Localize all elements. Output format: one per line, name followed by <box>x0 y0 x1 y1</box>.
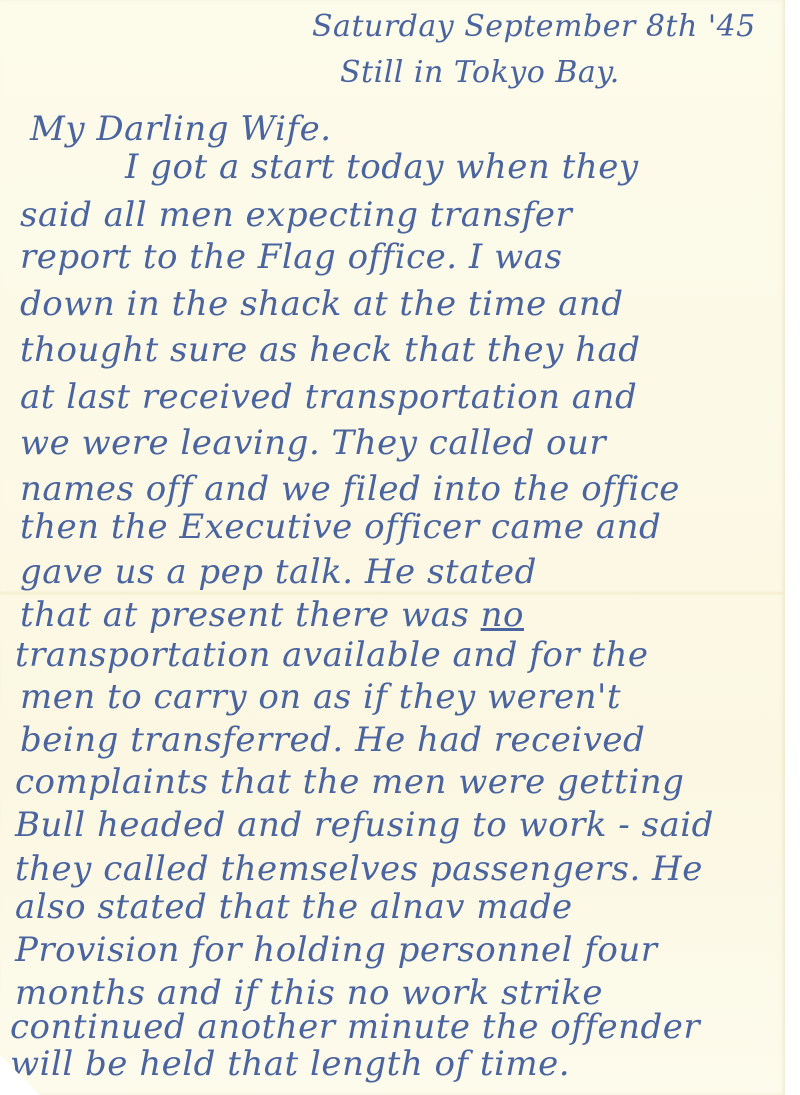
letter-line-6: at last received transportation and <box>20 380 637 414</box>
letter-line-17: they called themselves passengers. He <box>15 852 703 886</box>
folded-corner <box>0 1055 40 1095</box>
letter-line-2: said all men expecting transfer <box>20 198 572 232</box>
letter-line-16: Bull headed and refusing to work - said <box>15 808 714 842</box>
letter-line-22: will be held that length of time. <box>10 1047 570 1081</box>
letter-line-4: down in the shack at the time and <box>20 287 624 321</box>
letter-location: Still in Tokyo Bay. <box>340 58 620 88</box>
letter-line-9: then the Executive officer came and <box>20 510 661 544</box>
emphasized-word: no <box>481 595 524 635</box>
letter-line-7: we were leaving. They called our <box>20 426 606 460</box>
letter-line-5: thought sure as heck that they had <box>20 333 641 367</box>
letter-line-10: gave us a pep talk. He stated <box>20 555 537 589</box>
letter-line-20: months and if this no work strike <box>15 976 603 1010</box>
letter-line-18: also stated that the alnav made <box>15 890 573 924</box>
letter-salutation: My Darling Wife. <box>30 112 332 146</box>
letter-page: Saturday September 8th '45 Still in Toky… <box>0 0 785 1095</box>
letter-line-11: that at present there was no <box>20 598 524 632</box>
letter-line-11-text: that at present there was <box>20 595 469 635</box>
letter-line-13: men to carry on as if they weren't <box>20 680 621 714</box>
letter-line-21: continued another minute the offender <box>10 1010 700 1044</box>
letter-line-8: names off and we filed into the office <box>20 472 680 506</box>
letter-date: Saturday September 8th '45 <box>312 12 756 42</box>
letter-line-1: I got a start today when they <box>125 150 639 184</box>
letter-line-14: being transferred. He had received <box>20 723 645 757</box>
letter-line-3: report to the Flag office. I was <box>20 240 562 274</box>
letter-line-12: transportation available and for the <box>15 638 649 672</box>
letter-line-19: Provision for holding personnel four <box>15 933 658 967</box>
letter-line-15: complaints that the men were getting <box>15 765 684 799</box>
